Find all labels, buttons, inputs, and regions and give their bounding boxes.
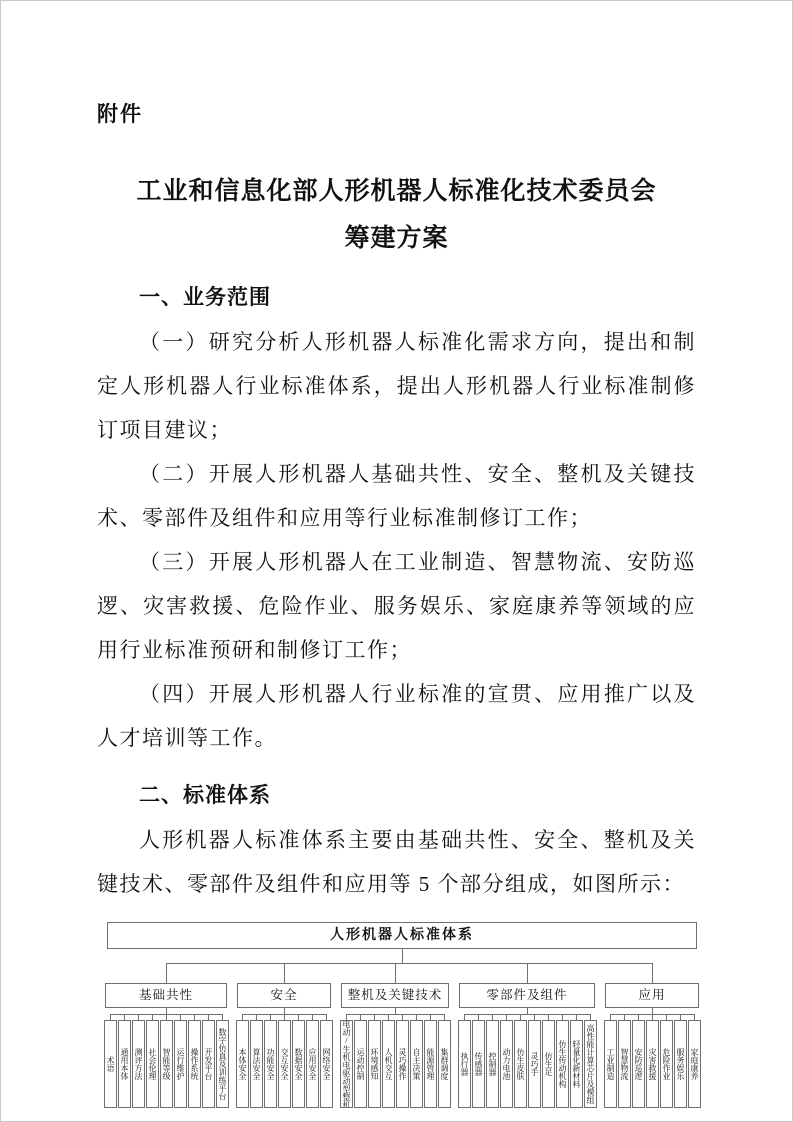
chart-leaf-label: 测评方法 (134, 1048, 142, 1080)
chart-leaf: 本体安全 (235, 1014, 249, 1108)
chart-leaf-label: 工业制造 (606, 1048, 614, 1080)
chart-leaf: 运动控制 (353, 1014, 367, 1108)
chart-leaf-label: 电动/生机电驱动型整机 (342, 1020, 350, 1108)
chart-group-application: 应用 工业制造 智慧物流 安防巡逻 灾害救援 危险作业 服务娱乐 家庭康养 (600, 963, 704, 1108)
chart-leaf: 高性能计算芯片及模组 (583, 1014, 597, 1108)
chart-leaf: 应用安全 (305, 1014, 319, 1108)
chart-leaf: 危险作业 (659, 1014, 673, 1108)
chart-leaf-label: 仿生足 (544, 1052, 552, 1076)
chart-group-label: 零部件及组件 (459, 983, 595, 1008)
section-1-heading: 一、业务范围 (97, 276, 696, 320)
chart-group-basic-common: 基础共性 术语 通用本体 测评方法 社会伦理 智能等级 运行维护 操作系统 开发… (100, 963, 232, 1108)
chart-leaf-label: 动力电池 (502, 1048, 510, 1080)
chart-leaf: 传感器 (471, 1014, 485, 1108)
chart-leaf: 灵巧手 (527, 1014, 541, 1108)
chart-group-whole-machine-key-tech: 整机及关键技术 电动/生机电驱动型整机 运动控制 环境感知 人机交互 灵巧操作 … (336, 963, 454, 1108)
chart-leaf: 术语 (103, 1014, 117, 1108)
chart-leaf-row: 执行器 传感器 控制器 动力电池 仿生皮肤 灵巧手 仿生足 仿生传动机构 轻量化… (457, 1014, 597, 1108)
section-1-paragraph-4: （四）开展人形机器人行业标准的宣贯、应用推广以及人才培训等工作。 (97, 672, 696, 760)
chart-leaf: 执行器 (457, 1014, 471, 1108)
chart-leaf: 开发平台 (201, 1014, 215, 1108)
section-1-paragraph-1: （一）研究分析人形机器人标准化需求方向，提出和制定人形机器人行业标准体系，提出人… (97, 320, 696, 452)
chart-group-label: 应用 (605, 983, 699, 1008)
chart-leaf: 服务娱乐 (673, 1014, 687, 1108)
chart-leaf-label: 术语 (106, 1056, 114, 1072)
chart-leaf-label: 开发平台 (204, 1048, 212, 1080)
chart-group-label: 安全 (237, 983, 331, 1008)
chart-leaf-label: 应用安全 (308, 1048, 316, 1080)
chart-root-node: 人形机器人标准体系 (107, 922, 697, 949)
chart-leaf: 数据安全 (291, 1014, 305, 1108)
chart-leaf: 交互安全 (277, 1014, 291, 1108)
chart-leaf-label: 交互安全 (280, 1048, 288, 1080)
chart-leaf: 社会伦理 (145, 1014, 159, 1108)
chart-leaf: 工业制造 (603, 1014, 617, 1108)
chart-leaf-label: 智能等级 (162, 1048, 170, 1080)
chart-leaf-label: 灵巧手 (530, 1052, 538, 1076)
chart-leaf-label: 危险作业 (662, 1048, 670, 1080)
chart-leaf-label: 功能安全 (266, 1048, 274, 1080)
chart-root-connector (402, 949, 403, 963)
chart-level2-row: 基础共性 术语 通用本体 测评方法 社会伦理 智能等级 运行维护 操作系统 开发… (107, 963, 697, 1108)
chart-leaf-label: 高性能计算芯片及模组 (586, 1024, 594, 1104)
chart-leaf: 灾害救援 (645, 1014, 659, 1108)
section-2-paragraph-1: 人形机器人标准体系主要由基础共性、安全、整机及关键技术、零部件及组件和应用等 5… (97, 818, 696, 906)
chart-leaf-label: 环境感知 (370, 1048, 378, 1080)
chart-group-label: 整机及关键技术 (341, 983, 449, 1008)
chart-leaf: 动力电池 (499, 1014, 513, 1108)
chart-leaf: 智慧物流 (617, 1014, 631, 1108)
chart-leaf-label: 本体安全 (238, 1048, 246, 1080)
chart-group-label: 基础共性 (105, 983, 227, 1008)
chart-leaf: 智能等级 (159, 1014, 173, 1108)
chart-leaf-label: 数据安全 (294, 1048, 302, 1080)
chart-leaf-label: 操作系统 (190, 1048, 198, 1080)
chart-leaf-row: 术语 通用本体 测评方法 社会伦理 智能等级 运行维护 操作系统 开发平台 数字… (103, 1014, 229, 1108)
chart-leaf: 仿生足 (541, 1014, 555, 1108)
chart-leaf-label: 算法安全 (252, 1048, 260, 1080)
chart-leaf: 家庭康养 (687, 1014, 701, 1108)
standard-system-org-chart: 人形机器人标准体系 基础共性 术语 通用本体 测评方法 社会伦理 智能等级 运行… (107, 922, 697, 1108)
chart-leaf: 网络安全 (319, 1014, 333, 1108)
chart-leaf-label: 传感器 (474, 1052, 482, 1076)
chart-leaf-label: 控制器 (488, 1052, 496, 1076)
chart-leaf: 仿生皮肤 (513, 1014, 527, 1108)
chart-leaf: 测评方法 (131, 1014, 145, 1108)
document-page: 附件 工业和信息化部人形机器人标准化技术委员会 筹建方案 一、业务范围 （一）研… (0, 0, 793, 1122)
document-title-line-1: 工业和信息化部人形机器人标准化技术委员会 (97, 168, 696, 215)
chart-group-safety: 安全 本体安全 算法安全 功能安全 交互安全 数据安全 应用安全 网络安全 (232, 963, 336, 1108)
chart-leaf-label: 灵巧操作 (398, 1048, 406, 1080)
chart-leaf: 集群调度 (437, 1014, 451, 1108)
document-title-line-2: 筹建方案 (97, 215, 696, 262)
chart-leaf-label: 仿生传动机构 (558, 1040, 566, 1088)
chart-leaf: 通用本体 (117, 1014, 131, 1108)
section-1-paragraph-3: （三）开展人形机器人在工业制造、智慧物流、安防巡逻、灾害救援、危险作业、服务娱乐… (97, 540, 696, 672)
chart-leaf-label: 灾害救援 (648, 1048, 656, 1080)
chart-leaf: 安防巡逻 (631, 1014, 645, 1108)
chart-leaf: 算法安全 (249, 1014, 263, 1108)
chart-leaf: 仿生传动机构 (555, 1014, 569, 1108)
chart-leaf: 自主决策 (409, 1014, 423, 1108)
chart-leaf-label: 轻量化新材料 (572, 1040, 580, 1088)
chart-leaf-label: 运行维护 (176, 1048, 184, 1080)
chart-leaf-label: 服务娱乐 (676, 1048, 684, 1080)
chart-leaf-label: 家庭康养 (690, 1048, 698, 1080)
chart-leaf-label: 运动控制 (356, 1048, 364, 1080)
chart-leaf-label: 网络安全 (322, 1048, 330, 1080)
chart-leaf-label: 安防巡逻 (634, 1048, 642, 1080)
chart-leaf-row: 本体安全 算法安全 功能安全 交互安全 数据安全 应用安全 网络安全 (235, 1014, 333, 1108)
chart-leaf-label: 智慧物流 (620, 1048, 628, 1080)
chart-leaf-label: 通用本体 (120, 1048, 128, 1080)
chart-leaf-label: 执行器 (460, 1052, 468, 1076)
chart-leaf-label: 仿生皮肤 (516, 1048, 524, 1080)
chart-leaf-row: 工业制造 智慧物流 安防巡逻 灾害救援 危险作业 服务娱乐 家庭康养 (603, 1014, 701, 1108)
document-title: 工业和信息化部人形机器人标准化技术委员会 筹建方案 (97, 168, 696, 262)
chart-leaf: 轻量化新材料 (569, 1014, 583, 1108)
attachment-label: 附件 (97, 101, 696, 128)
chart-leaf: 灵巧操作 (395, 1014, 409, 1108)
chart-leaf-label: 数字仿真及训练平台 (218, 1028, 226, 1100)
section-1-paragraph-2: （二）开展人形机器人基础共性、安全、整机及关键技术、零部件及组件和应用等行业标准… (97, 452, 696, 540)
chart-leaf-label: 自主决策 (412, 1048, 420, 1080)
chart-group-parts-components: 零部件及组件 执行器 传感器 控制器 动力电池 仿生皮肤 灵巧手 仿生足 仿生传… (454, 963, 600, 1108)
chart-leaf-label: 集群调度 (440, 1048, 448, 1080)
chart-leaf: 控制器 (485, 1014, 499, 1108)
chart-leaf-row: 电动/生机电驱动型整机 运动控制 环境感知 人机交互 灵巧操作 自主决策 能源管… (339, 1014, 451, 1108)
chart-leaf: 功能安全 (263, 1014, 277, 1108)
chart-leaf: 运行维护 (173, 1014, 187, 1108)
chart-leaf: 人机交互 (381, 1014, 395, 1108)
chart-leaf: 能源管理 (423, 1014, 437, 1108)
chart-leaf-label: 社会伦理 (148, 1048, 156, 1080)
chart-leaf-label: 能源管理 (426, 1048, 434, 1080)
chart-leaf: 电动/生机电驱动型整机 (339, 1014, 353, 1108)
chart-leaf: 操作系统 (187, 1014, 201, 1108)
chart-leaf-label: 人机交互 (384, 1048, 392, 1080)
chart-leaf: 数字仿真及训练平台 (215, 1014, 229, 1108)
chart-leaf: 环境感知 (367, 1014, 381, 1108)
section-2-heading: 二、标准体系 (97, 774, 696, 818)
